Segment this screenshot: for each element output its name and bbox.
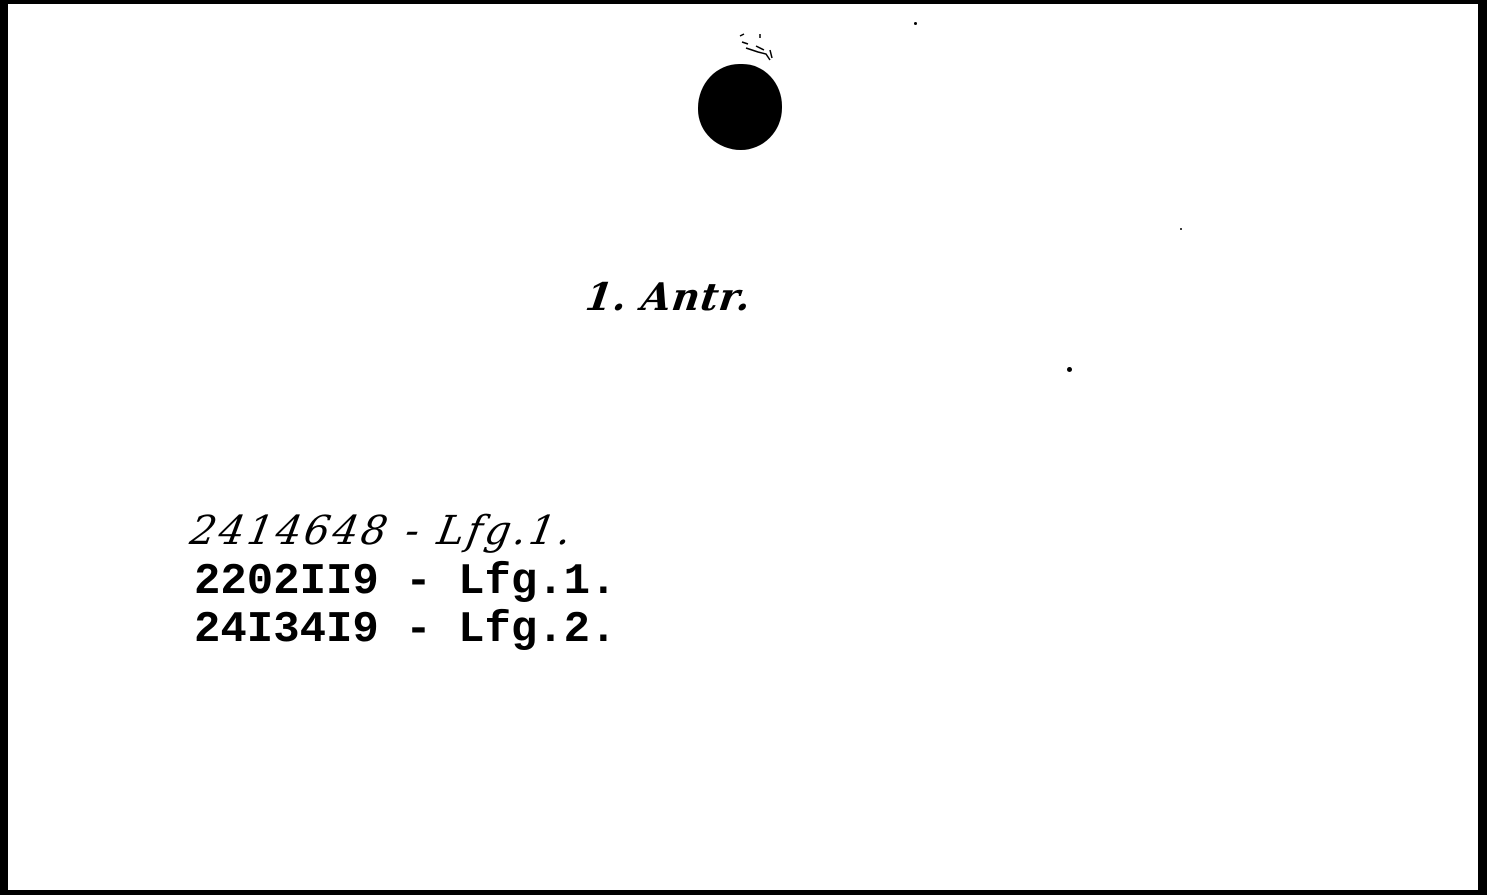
entry-number: 24I34I9 <box>194 605 379 655</box>
ink-speck <box>1180 228 1182 230</box>
entry-row: 24I34I9 - Lfg.2. <box>194 606 617 654</box>
entry-label: Lfg.1. <box>458 557 616 607</box>
entry-number: 2202II9 <box>194 557 379 607</box>
entry-number: 2414648 <box>187 508 394 554</box>
ink-speck <box>1067 367 1072 372</box>
entry-list: 2414648 - Lfg.1. 2202II9 - Lfg.1. 24I34I… <box>186 504 617 654</box>
entry-label: Lfg.1. <box>434 508 578 554</box>
entry-separator: - <box>379 557 458 607</box>
entry-row: 2414648 - Lfg.1. <box>186 504 626 558</box>
paper-tear-mark <box>736 32 778 68</box>
ink-speck <box>914 22 917 25</box>
entry-separator: - <box>386 508 442 554</box>
card-heading: 1. Antr. <box>583 274 755 319</box>
entry-separator: - <box>379 605 458 655</box>
index-card: 1. Antr. 2414648 - Lfg.1. 2202II9 - Lfg.… <box>8 4 1480 890</box>
punch-hole <box>698 64 782 150</box>
entry-row: 2202II9 - Lfg.1. <box>194 558 617 606</box>
entry-label: Lfg.2. <box>458 605 616 655</box>
